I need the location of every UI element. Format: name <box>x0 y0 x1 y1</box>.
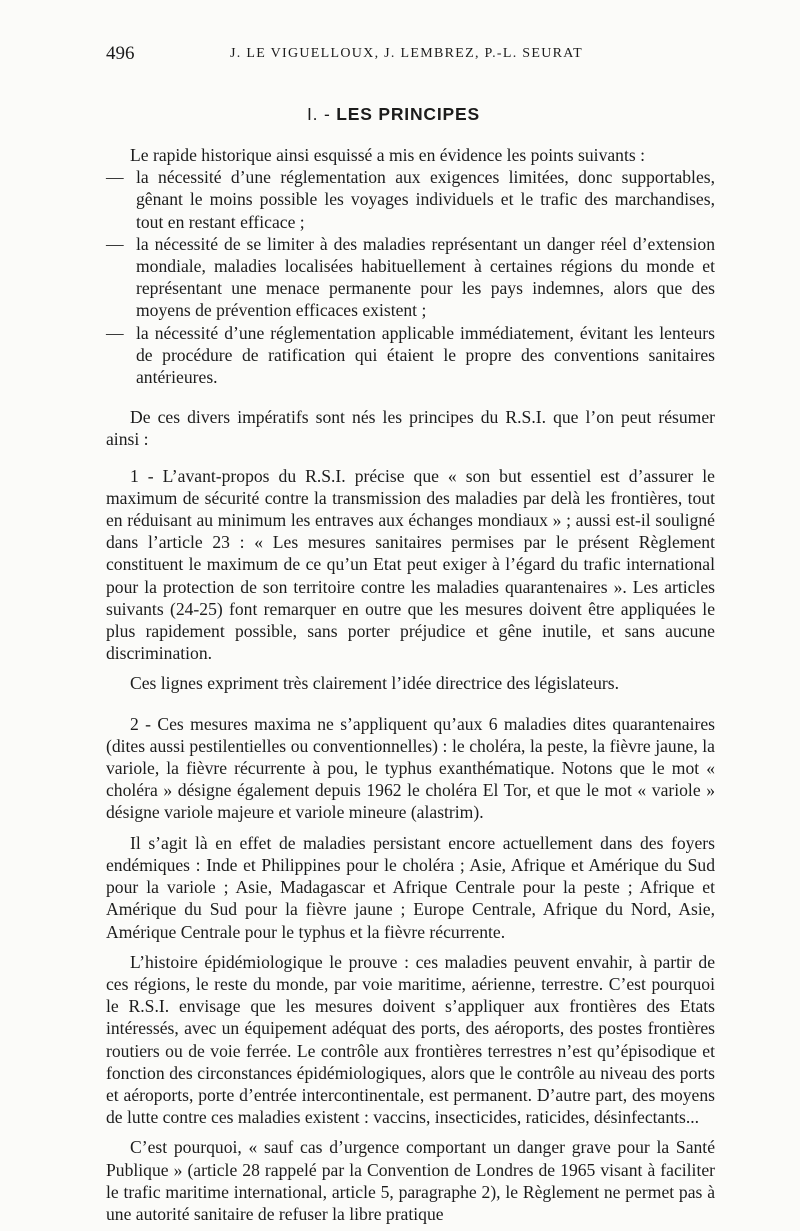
section-heading: I. - LES PRINCIPES <box>307 104 480 125</box>
dash-bullet: — <box>106 322 124 344</box>
list-item-text: la nécessité d’une réglementation applic… <box>136 323 715 387</box>
list-item: —la nécessité d’une réglementation aux e… <box>106 166 715 233</box>
list-item-text: la nécessité d’une réglementation aux ex… <box>136 167 715 231</box>
section-number: I. - <box>307 104 331 124</box>
paragraph: C’est pourquoi, « sauf cas d’urgence com… <box>106 1136 715 1225</box>
running-head: 496 J. LE VIGUELLOUX, J. LEMBREZ, P.-L. … <box>106 43 715 67</box>
page-number: 496 <box>106 43 135 65</box>
paragraph: L’histoire épidémiologique le prouve : c… <box>106 951 715 1129</box>
running-title: J. LE VIGUELLOUX, J. LEMBREZ, P.-L. SEUR… <box>230 46 583 62</box>
list-item: —la nécessité d’une réglementation appli… <box>106 322 715 389</box>
section-title: LES PRINCIPES <box>336 104 480 124</box>
dash-bullet: — <box>106 233 124 255</box>
paragraph: Ces lignes expriment très clairement l’i… <box>106 672 715 694</box>
body-text: Le rapide historique ainsi esquissé a mi… <box>106 144 715 1225</box>
dash-bullet: — <box>106 166 124 188</box>
paragraph: 2 - Ces mesures maxima ne s’appliquent q… <box>106 713 715 824</box>
list-item-text: la nécessité de se limiter à des maladie… <box>136 234 715 321</box>
points-list: —la nécessité d’une réglementation aux e… <box>106 166 715 388</box>
paragraph: 1 - L’avant-propos du R.S.I. précise que… <box>106 465 715 665</box>
intro-paragraph: Le rapide historique ainsi esquissé a mi… <box>106 144 715 166</box>
list-item: —la nécessité de se limiter à des maladi… <box>106 233 715 322</box>
paragraph: De ces divers impératifs sont nés les pr… <box>106 406 715 450</box>
paragraph: Il s’agit là en effet de maladies persis… <box>106 832 715 943</box>
